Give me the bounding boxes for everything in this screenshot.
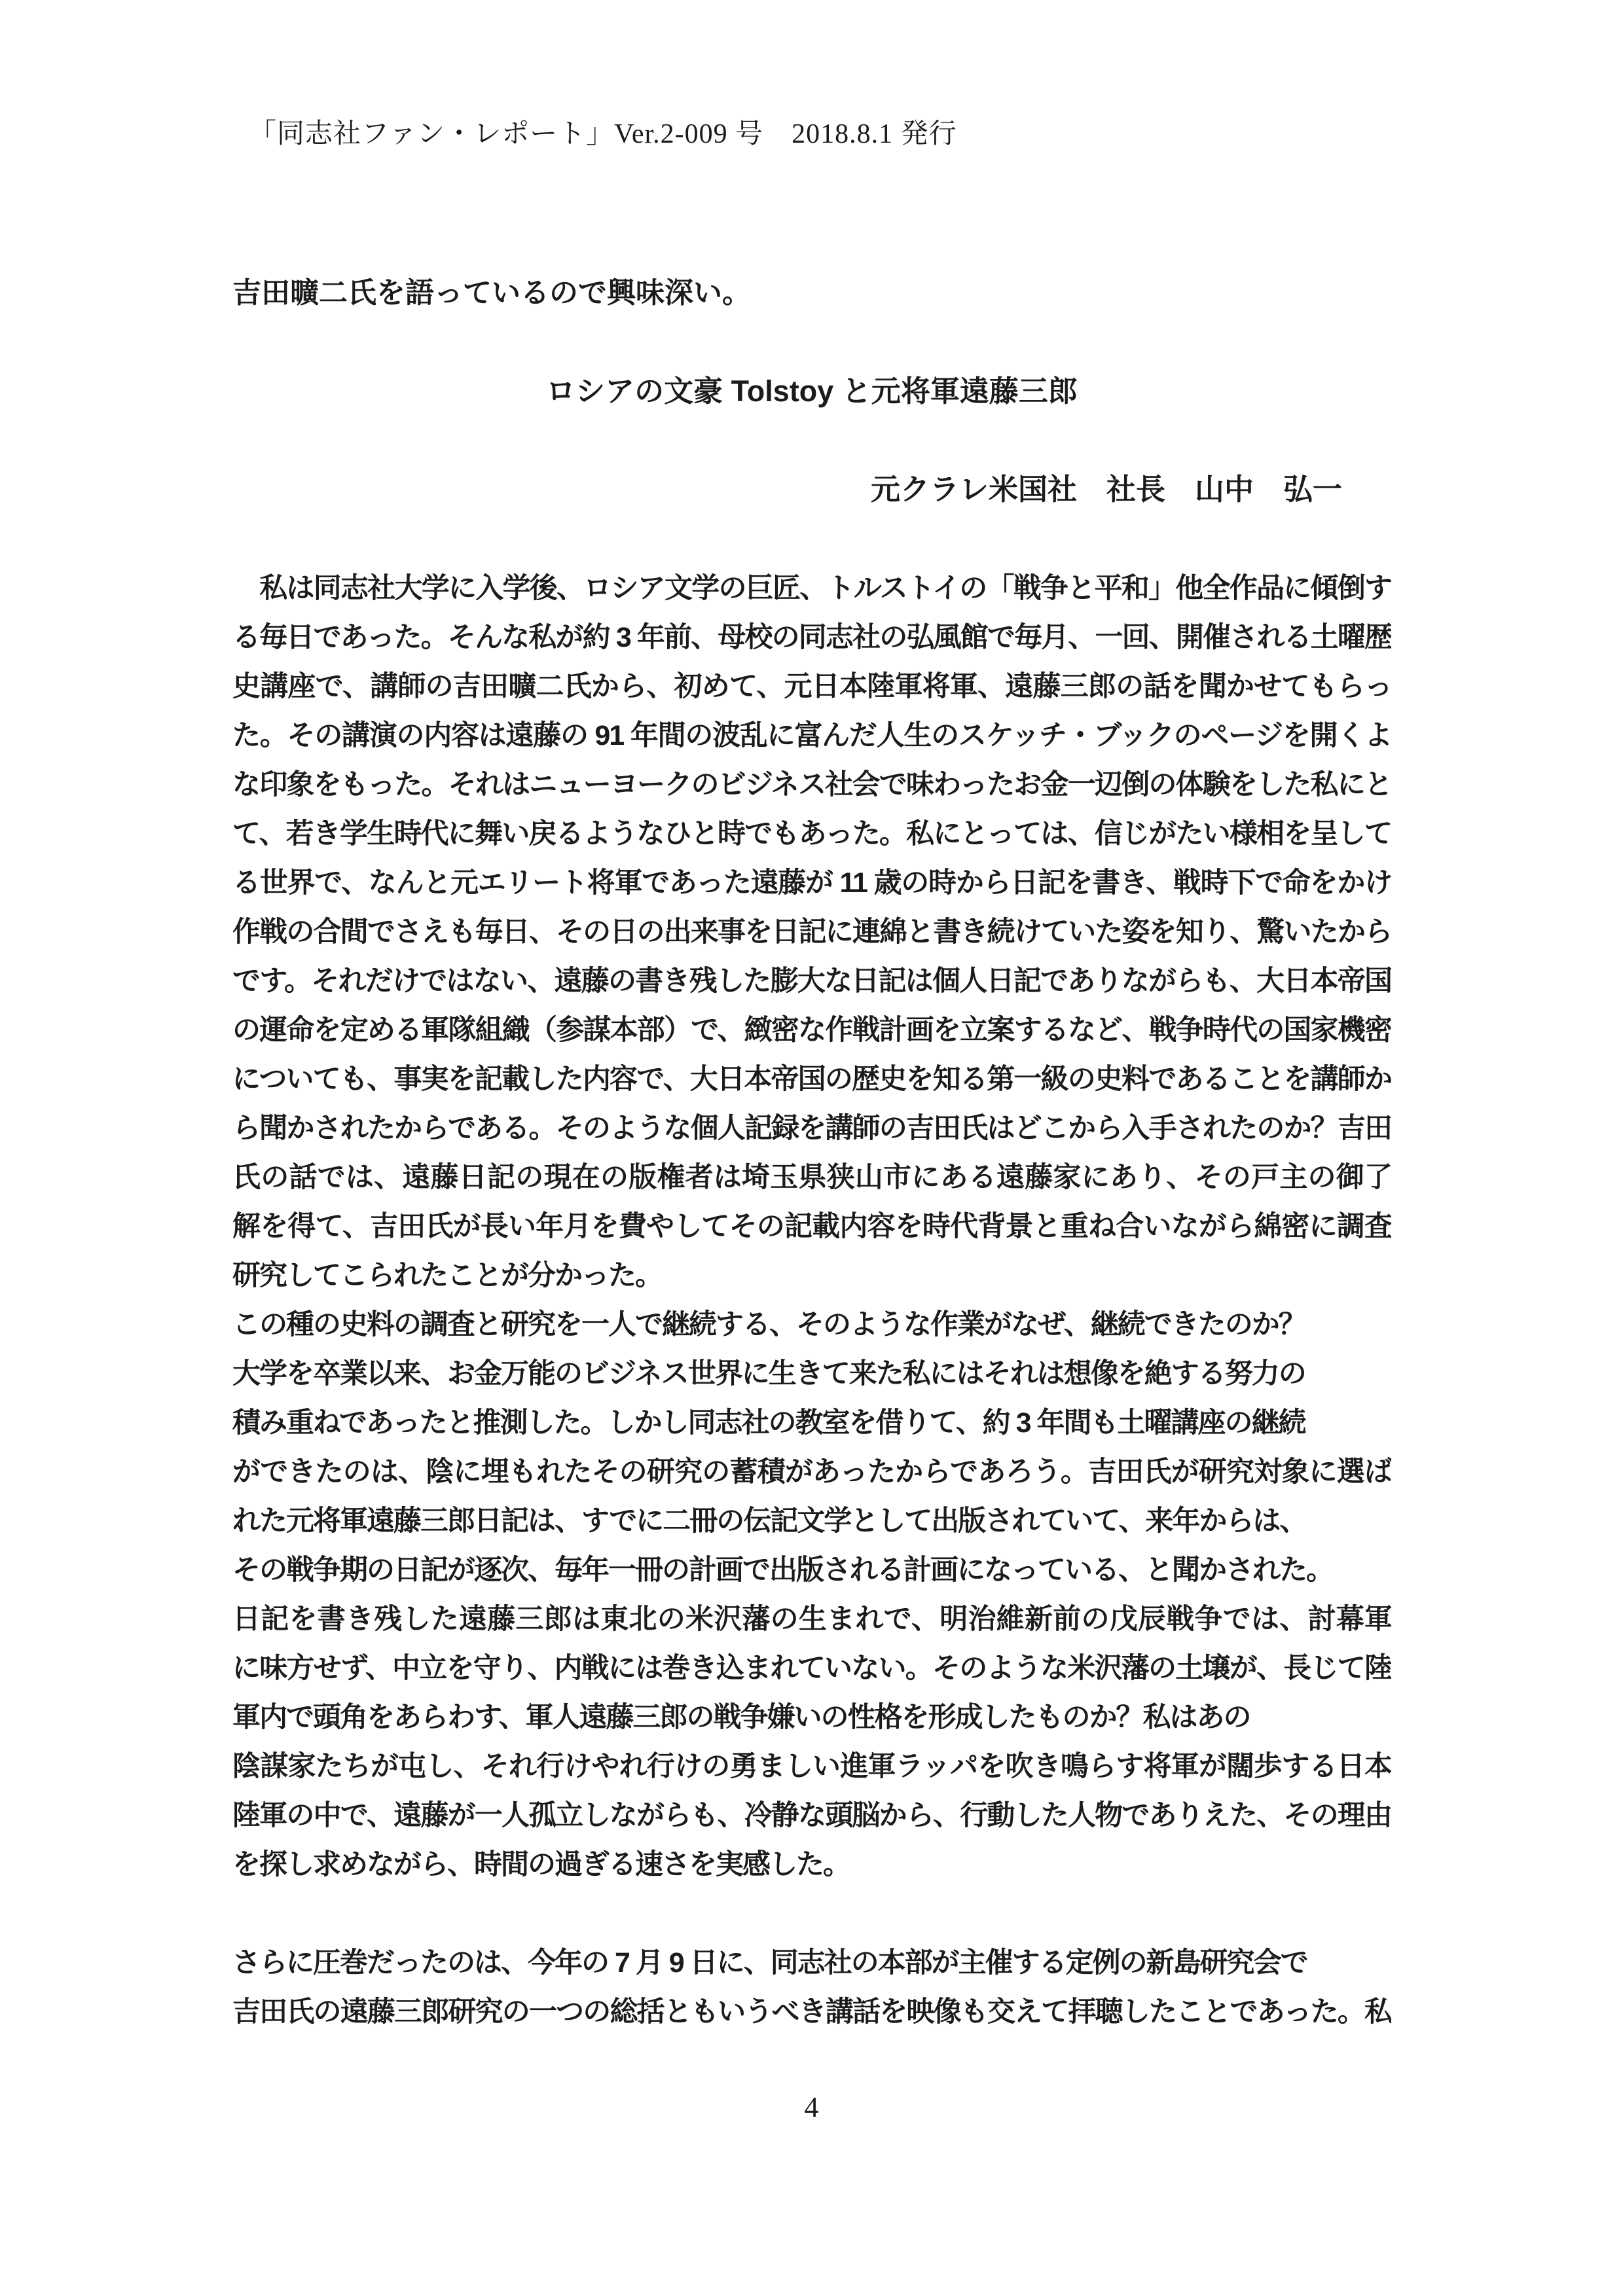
paragraph: この種の史料の調査と研究を一人で継続する、そのような作業がなぜ、継続できたのか？…	[232, 1300, 1391, 1890]
text-line: についても、事実を記載した内容で、大日本帝国の歴史を知る第一級の史料であることを…	[232, 1055, 1391, 1104]
text-line: て、若き学生時代に舞い戻るようなひと時でもあった。私にとっては、信じがたい様相を…	[232, 810, 1391, 859]
text-line: 日記を書き残した遠藤三郎は東北の米沢藩の生まれで、明治維新前の戊辰戦争では、討幕…	[232, 1595, 1391, 1644]
text-line: 陸軍の中で、遠藤が一人孤立しながらも、冷静な頭脳から、行動した人物でありえた、そ…	[232, 1791, 1391, 1840]
text-line: その戦争期の日記が逐次、毎年一冊の計画で出版される計画になっている、と聞かされた…	[232, 1546, 1391, 1595]
page-number: 4	[0, 2088, 1623, 2127]
paragraph: さらに圧巻だったのは、今年の 7 月 9 日に、同志社の本部が主催する定例の新島…	[232, 1939, 1391, 2037]
body-text: 私は同志社大学に入学後、ロシア文学の巨匠、トルストイの「戦争と平和」他全作品に傾…	[232, 564, 1391, 2037]
text-line: 陰謀家たちが屯し、それ行けやれ行けの勇ましい進軍ラッパを吹き鳴らす将軍が闊歩する…	[232, 1742, 1391, 1791]
text-line: 大学を卒業以来、お金万能のビジネス世界に生きて来た私にはそれは想像を絶する努力の	[232, 1350, 1391, 1399]
text-line: 研究してこられたことが分かった。	[232, 1251, 1391, 1300]
text-line: 軍内で頭角をあらわす、軍人遠藤三郎の戦争嫌いの性格を形成したものか？私はあの	[232, 1693, 1391, 1742]
text-line: 氏の話では、遠藤日記の現在の版権者は埼玉県狭山市にある遠藤家にあり、その戸主の御…	[232, 1153, 1391, 1202]
text-line: さらに圧巻だったのは、今年の 7 月 9 日に、同志社の本部が主催する定例の新島…	[232, 1939, 1391, 1988]
text-line: この種の史料の調査と研究を一人で継続する、そのような作業がなぜ、継続できたのか？	[232, 1300, 1391, 1350]
issue-header: 「同志社ファン・レポート」Ver.2-009 号 2018.8.1 発行	[249, 115, 957, 154]
text-line: に味方せず、中立を守り、内戦には巻き込まれていない。そのような米沢藩の土壌が、長…	[232, 1644, 1391, 1693]
document-page: 「同志社ファン・レポート」Ver.2-009 号 2018.8.1 発行 吉田曠…	[0, 0, 1623, 2296]
text-line: ら聞かされたからである。そのような個人記録を講師の吉田氏はどこから入手されたのか…	[232, 1104, 1391, 1153]
intro-line: 吉田曠二氏を語っているので興味深い。	[232, 268, 1391, 317]
text-line: な印象をもった。それはニューヨークのビジネス社会で味わったお金一辺倒の体験をした…	[232, 761, 1391, 810]
text-line: ができたのは、陰に埋もれたその研究の蓄積があったからであろう。吉田氏が研究対象に…	[232, 1448, 1391, 1497]
text-line: 吉田氏の遠藤三郎研究の一つの総括ともいうべき講話を映像も交えて拝聴したことであっ…	[232, 1988, 1391, 2037]
text-line: 積み重ねであったと推測した。しかし同志社の教室を借りて、約 3 年間も土曜講座の…	[232, 1399, 1391, 1448]
article-byline: 元クラレ米国社 社長 山中 弘一	[232, 465, 1391, 514]
text-line: を探し求めながら、時間の過ぎる速さを実感した。	[232, 1840, 1391, 1890]
text-line: れた元将軍遠藤三郎日記は、すでに二冊の伝記文学として出版されていて、来年からは、	[232, 1497, 1391, 1546]
article-title: ロシアの文豪 Tolstoy と元将軍遠藤三郎	[232, 367, 1391, 416]
text-line: る毎日であった。そんな私が約 3 年前、母校の同志社の弘風館で毎月、一回、開催さ…	[232, 613, 1391, 662]
text-line: る世界で、なんと元エリート将軍であった遠藤が 11 歳の時から日記を書き、戦時下…	[232, 859, 1391, 908]
text-line: 作戦の合間でさえも毎日、その日の出来事を日記に連綿と書き続けていた姿を知り、驚い…	[232, 908, 1391, 957]
text-line: 解を得て、吉田氏が長い年月を費やしてその記載内容を時代背景と重ね合いながら綿密に…	[232, 1202, 1391, 1251]
text-line: 史講座で、講師の吉田曠二氏から、初めて、元日本陸軍将軍、遠藤三郎の話を聞かせても…	[232, 662, 1391, 711]
text-line: た。その講演の内容は遠藤の 91 年間の波乱に富んだ人生のスケッチ・ブックのペー…	[232, 711, 1391, 761]
text-line: 私は同志社大学に入学後、ロシア文学の巨匠、トルストイの「戦争と平和」他全作品に傾…	[232, 564, 1391, 613]
text-line: の運命を定める軍隊組織（参謀本部）で、緻密な作戦計画を立案するなど、戦争時代の国…	[232, 1006, 1391, 1055]
text-line: です。それだけではない、遠藤の書き残した膨大な日記は個人日記でありながらも、大日…	[232, 957, 1391, 1006]
paragraph: 私は同志社大学に入学後、ロシア文学の巨匠、トルストイの「戦争と平和」他全作品に傾…	[232, 564, 1391, 1300]
